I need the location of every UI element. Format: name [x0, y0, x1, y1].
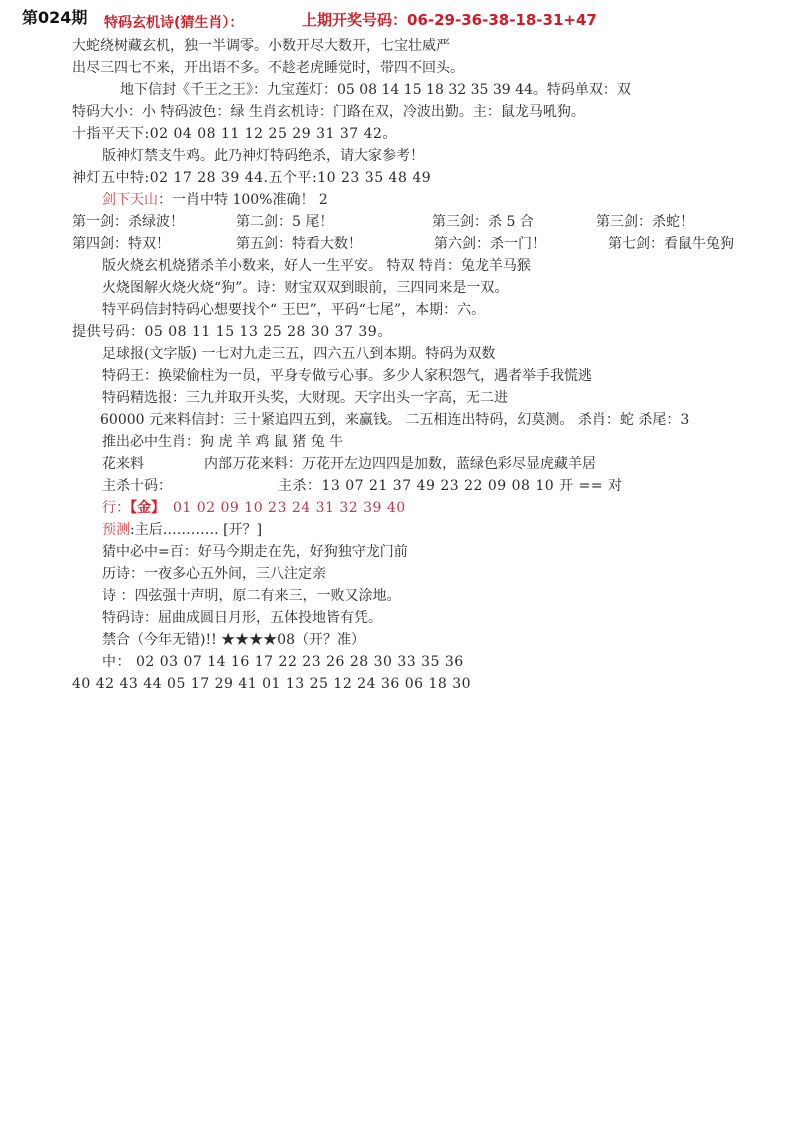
- sword-1: 第一剑：杀绿波！: [72, 212, 184, 232]
- history-poem-line: 历诗：一夜多心五外间，三八注定亲: [102, 564, 326, 584]
- code-poem-line: 特码诗：屈曲成圆日月形，五体投地皆有凭。: [102, 608, 382, 628]
- flower-label: 花来料: [102, 454, 144, 474]
- element-numbers: 01 02 09 10 23 24 31 32 39 40: [173, 500, 406, 516]
- yuan60000-line: 60000 元来料信封：三十紧追四五到，来赢钱。 二五相连出特码，幻莫测。 杀肖…: [100, 410, 689, 430]
- sword-title: 剑下天山: [102, 192, 158, 208]
- zodiac-line: 推出必中生肖：狗 虎 羊 鸡 鼠 猪 兔 牛: [102, 432, 343, 452]
- sword-text: ：一肖中特 100%准确！ 2: [158, 192, 328, 208]
- kill-text: 主杀：13 07 21 37 49 23 22 09 08 10 开 == 对: [278, 476, 623, 496]
- predict-line: 预测:主后………… [开？]: [102, 520, 262, 540]
- poem-line: 诗 ：四弦强十声明，原二有来三，一败又涂地。: [102, 586, 400, 606]
- element-line: 行：【金】01 02 09 10 23 24 31 32 39 40: [102, 498, 406, 518]
- lamp-ban-line: 版神灯禁支牛鸡。此乃神灯特码绝杀，请大家参考！: [102, 146, 424, 166]
- sword-6: 第六剑：杀一门！: [434, 234, 546, 254]
- fire-line-2: 火烧图解火烧火烧“狗”。诗：财宝双双到眼前，三四同来是一双。: [102, 278, 508, 298]
- zhong-line: 中： 02 03 07 14 16 17 22 23 26 28 30 33 3…: [102, 652, 464, 672]
- provide-line: 提供号码：05 08 11 15 13 25 28 30 37 39。: [72, 322, 392, 342]
- poem-line-1: 大蛇绕树藏玄机，独一半调零。小数开尽大数开，七宝壮威严: [72, 36, 450, 56]
- sword-line: 剑下天山：一肖中特 100%准确！ 2: [102, 190, 328, 210]
- size-color-line: 特码大小：小 特码波色：绿 生肖玄机诗：门路在双，冷波出勤。主：鼠龙马吼狗。: [72, 102, 585, 122]
- sword-7: 第七剑：看鼠牛兔狗: [608, 234, 734, 254]
- lamp-five-line: 神灯五中特:02 17 28 39 44.五个平:10 23 35 48 49: [72, 168, 431, 188]
- poem-heading: 特码玄机诗(猜生肖）：: [104, 13, 243, 33]
- element-tag: 【金】: [130, 500, 165, 516]
- sword-3a: 第三剑：杀 5 合: [432, 212, 534, 232]
- poem-line-2: 出尽三四七不来，开出语不多。不趁老虎睡觉时，带四不回头。: [72, 58, 464, 78]
- predict-label: 预测: [102, 522, 130, 538]
- sword-3b: 第三剑：杀蛇！: [596, 212, 694, 232]
- guess-line: 猜中必中=百：好马今期走在先，好狗独守龙门前: [102, 542, 408, 562]
- sword-2: 第二剑：5 尾！: [236, 212, 333, 232]
- kill-label: 主杀十码：: [102, 476, 172, 496]
- football-line: 足球报(文字版) 一七对九走三五，四六五八到本期。特码为双数: [102, 344, 495, 364]
- flat-code-line: 特平码信封特码心想要找个“ 王巴”，平码“七尾”，本期：六。: [102, 300, 485, 320]
- last-draw: 上期开奖号码：06-29-36-38-18-31+47: [302, 10, 597, 30]
- fire-line-1: 版火烧玄机烧猪杀羊小数来，好人一生平安。 特双 特肖：兔龙羊马猴: [102, 256, 531, 276]
- last-draw-label: 上期开奖号码：: [302, 11, 407, 29]
- flower-text: 内部万花来料：万花开左边四四是加数，蓝绿色彩尽显虎藏羊居: [204, 454, 596, 474]
- last-draw-numbers: 06-29-36-38-18-31+47: [407, 11, 597, 29]
- predict-text: :主后………… [开？]: [130, 522, 262, 538]
- king-line: 特码王：换梁偷柱为一员，平身专做亏心事。多少人家积怨气，遇者举手我慌逃: [102, 366, 592, 386]
- last-numbers-line: 40 42 43 44 05 17 29 41 01 13 25 12 24 3…: [72, 674, 471, 694]
- select-line: 特码精选报：三九并取开头奖，大财现。天字出头一字高，无二进: [102, 388, 508, 408]
- sword-4: 第四剑：特双！: [72, 234, 170, 254]
- envelope-line: 地下信封《千王之王》：九宝莲灯：05 08 14 15 18 32 35 39 …: [120, 80, 631, 100]
- ten-fingers-line: 十指平天下:02 04 08 11 12 25 29 31 37 42。: [72, 124, 397, 144]
- sword-5: 第五剑：特看大数！: [236, 234, 362, 254]
- issue-number: 第024期: [22, 8, 87, 28]
- ban-he-line: 禁合（今年无错)!! ★★★★08（开？准）: [102, 630, 365, 650]
- element-prefix: 行：: [102, 500, 130, 516]
